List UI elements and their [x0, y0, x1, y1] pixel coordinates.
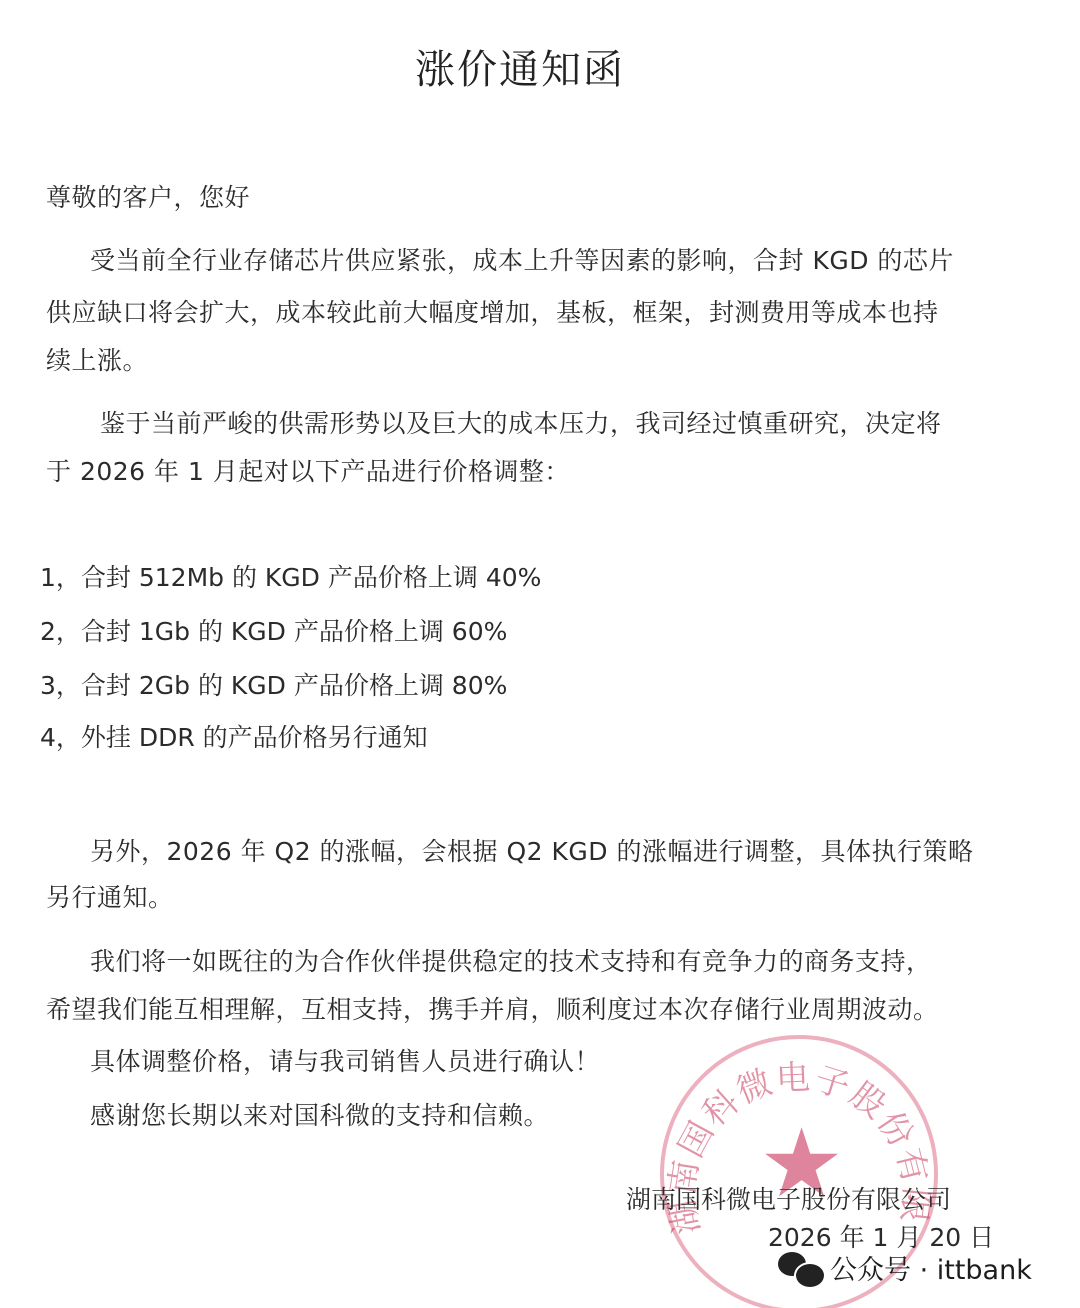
wechat-watermark: 公众号 · ittbank: [778, 1248, 1032, 1287]
list-item: 4，外挂 DDR 的产品价格另行通知: [40, 718, 428, 754]
paragraph-1-line-3: 续上涨。: [46, 341, 148, 377]
list-item: 1，合封 512Mb 的 KGD 产品价格上调 40%: [40, 558, 541, 594]
page-title: 涨价通知函: [0, 38, 1040, 95]
paragraph-2-line-1: 鉴于当前严峻的供需形势以及巨大的成本压力，我司经过慎重研究，决定将: [100, 404, 942, 440]
wechat-icon: [778, 1250, 824, 1286]
paragraph-1-line-1: 受当前全行业存储芯片供应紧张，成本上升等因素的影响，合封 KGD 的芯片: [90, 241, 954, 277]
paragraph-6: 感谢您长期以来对国科微的支持和信赖。: [90, 1096, 549, 1132]
signature-company: 湖南国科微电子股份有限公司: [626, 1180, 951, 1216]
paragraph-4-line-1: 我们将一如既往的为合作伙伴提供稳定的技术支持和有竞争力的商务支持，: [90, 942, 932, 978]
list-item: 3，合封 2Gb 的 KGD 产品价格上调 80%: [40, 666, 507, 702]
greeting: 尊敬的客户，您好: [46, 178, 250, 214]
paragraph-5: 具体调整价格，请与我司销售人员进行确认！: [90, 1042, 600, 1078]
paragraph-1-line-2: 供应缺口将会扩大，成本较此前大幅度增加，基板，框架，封测费用等成本也持: [46, 293, 939, 329]
paragraph-4-line-2: 希望我们能互相理解，互相支持，携手并肩，顺利度过本次存储行业周期波动。: [46, 990, 939, 1026]
paragraph-3-line-2: 另行通知。: [46, 878, 174, 914]
list-item: 2，合封 1Gb 的 KGD 产品价格上调 60%: [40, 612, 507, 648]
watermark-label: 公众号 · ittbank: [830, 1248, 1032, 1287]
paragraph-3-line-1: 另外，2026 年 Q2 的涨幅，会根据 Q2 KGD 的涨幅进行调整，具体执行…: [90, 832, 974, 868]
paragraph-2-line-2: 于 2026 年 1 月起对以下产品进行价格调整：: [46, 452, 570, 488]
